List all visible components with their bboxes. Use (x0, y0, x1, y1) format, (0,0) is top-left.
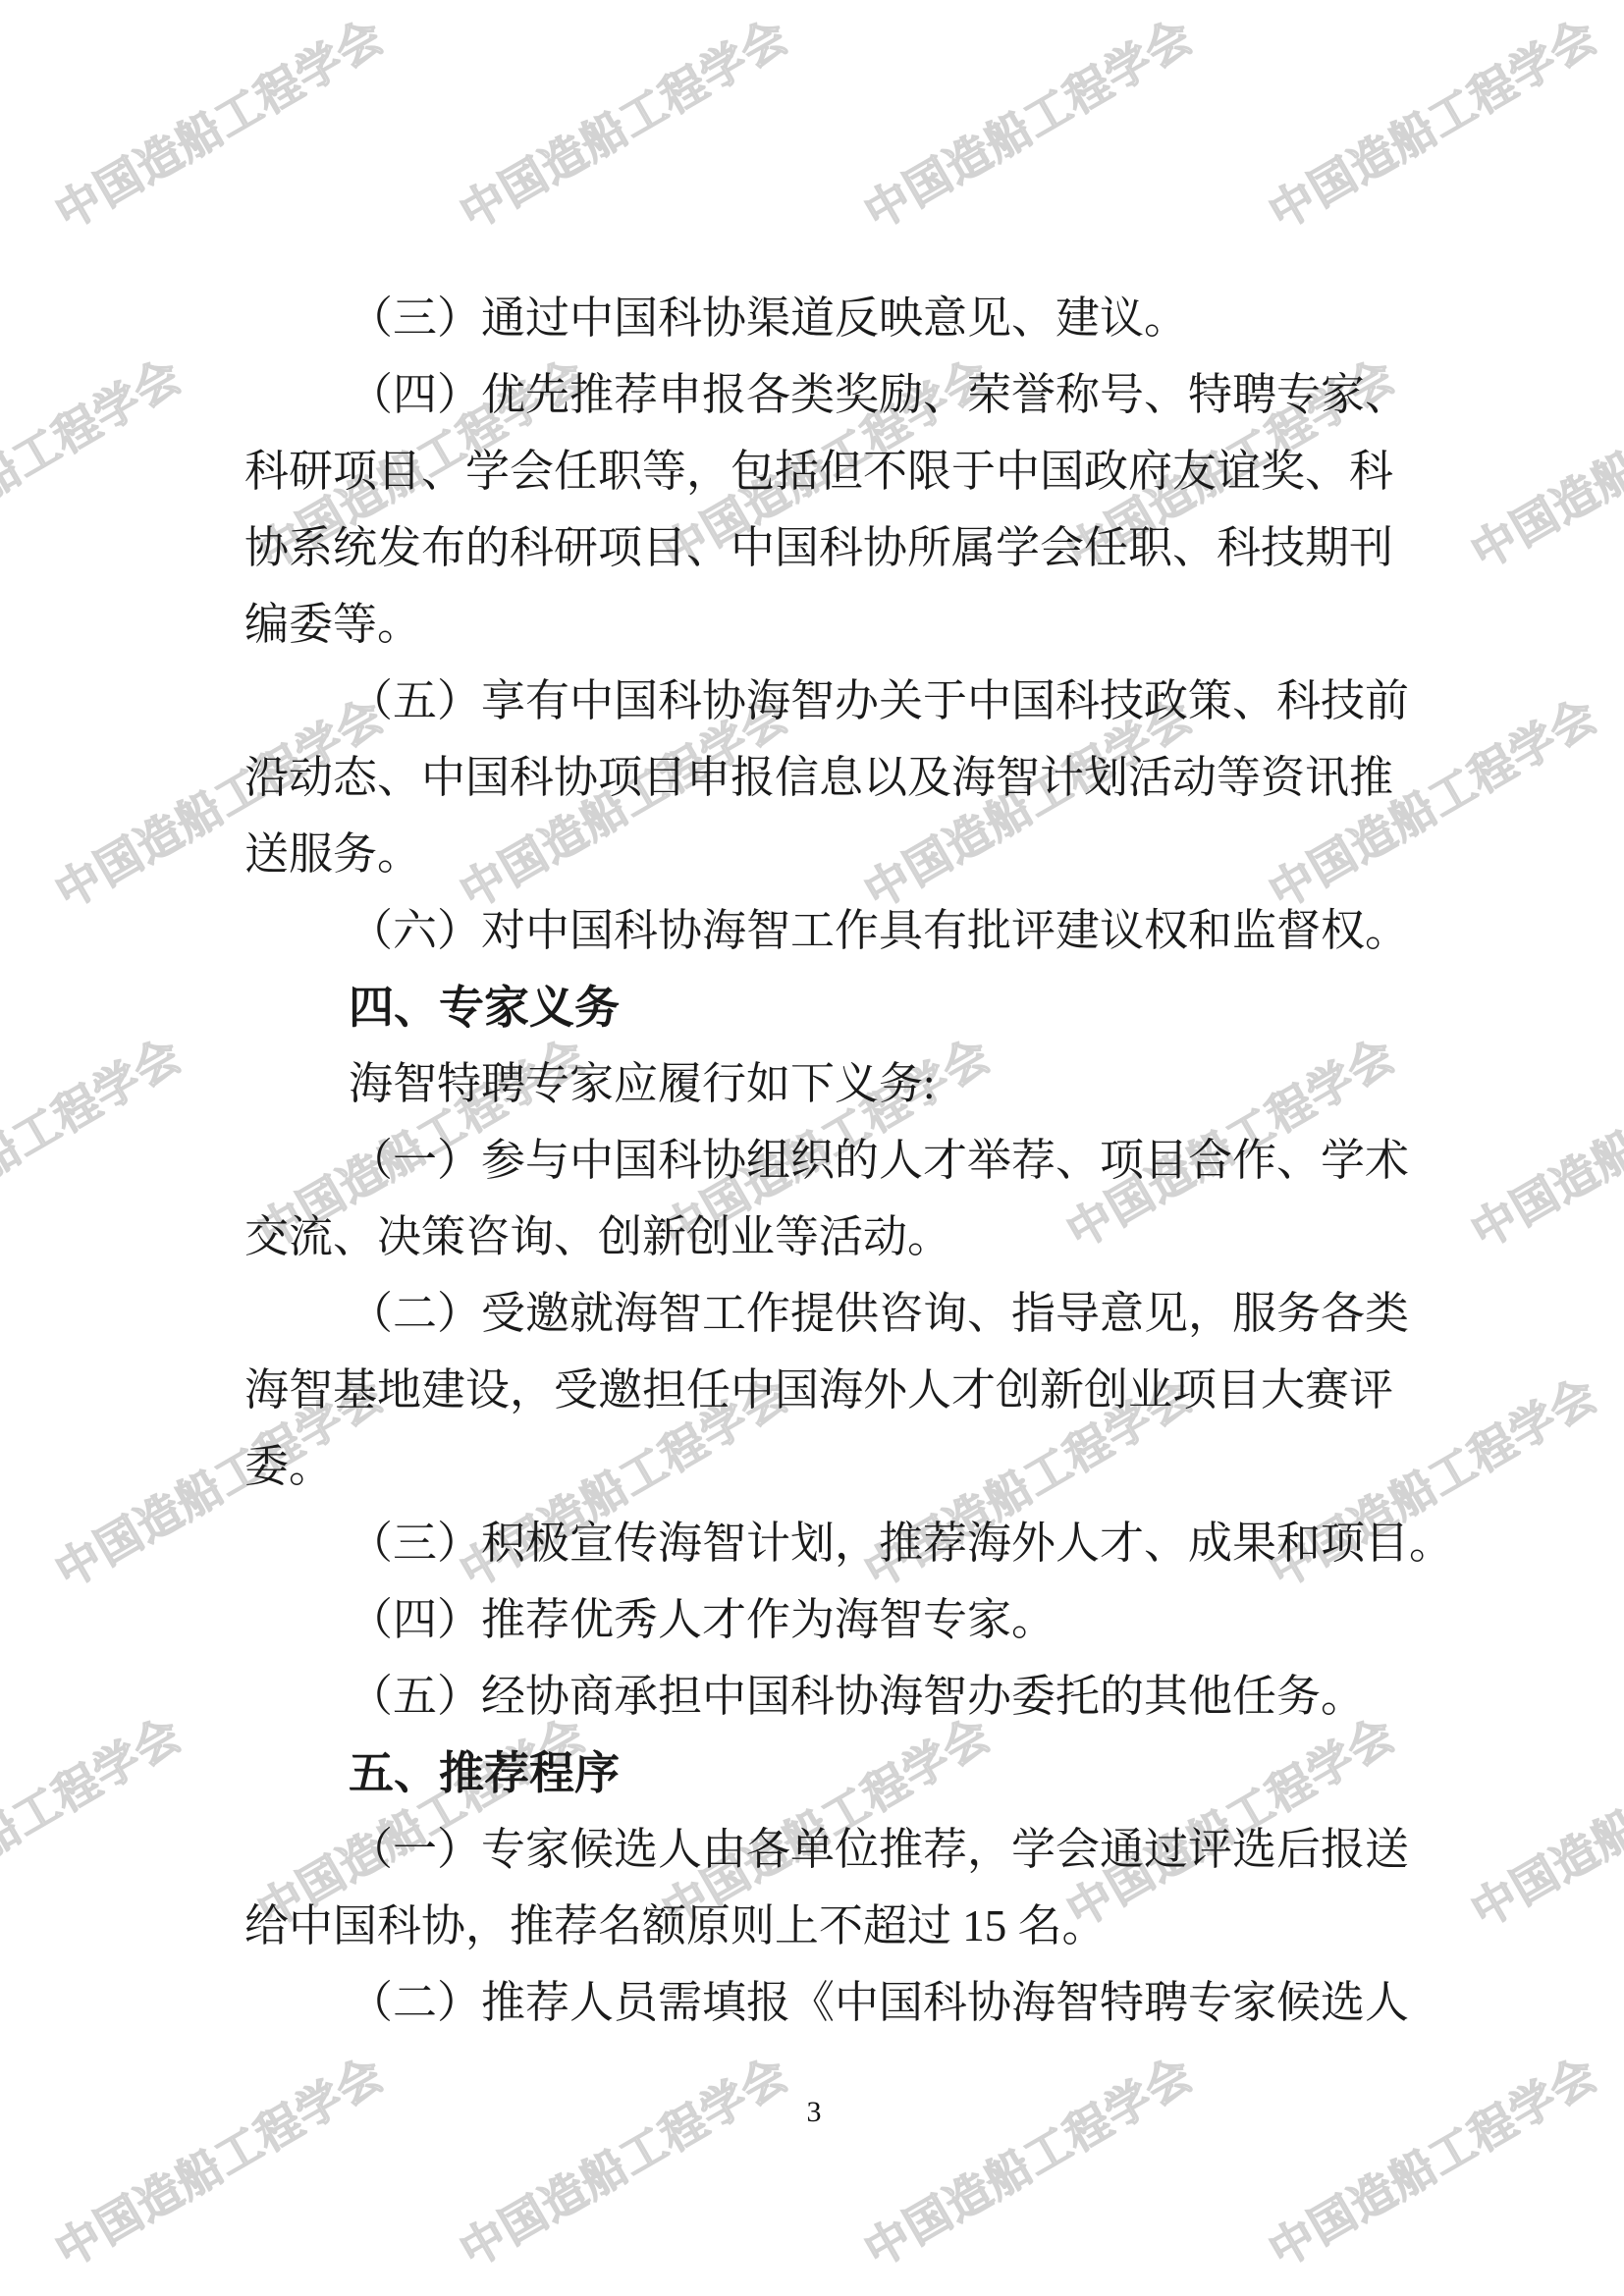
watermark-text: 中国造船工程学会 (851, 2039, 1204, 2279)
text-line: 交流、决策咨询、创新创业等活动。 (244, 1199, 1383, 1275)
text-line: （二）受邀就海智工作提供咨询、指导意见，服务各类 (244, 1275, 1383, 1352)
document-body: （三）通过中国科协渠道反映意见、建议。（四）优先推荐申报各类奖励、荣誉称号、特聘… (244, 280, 1383, 2041)
text-line: （五）享有中国科协海智办关于中国科技政策、科技前 (244, 663, 1383, 739)
watermark-text: 中国造船工程学会 (1458, 1020, 1624, 1260)
text-line: 海智特聘专家应履行如下义务: (244, 1045, 1383, 1122)
watermark-text: 中国造船工程学会 (851, 1, 1204, 241)
section-heading: 四、专家义务 (244, 969, 1383, 1045)
text-line: （四）优先推荐申报各类奖励、荣誉称号、特聘专家、 (244, 356, 1383, 433)
watermark-text: 中国造船工程学会 (447, 2039, 799, 2279)
text-line: 委。 (244, 1428, 1383, 1505)
text-line: （四）推荐优秀人才作为海智专家。 (244, 1581, 1383, 1658)
watermark-text: 中国造船工程学会 (1256, 2039, 1608, 2279)
text-line: 海智基地建设，受邀担任中国海外人才创新创业项目大赛评 (244, 1352, 1383, 1428)
watermark-text: 中国造船工程学会 (447, 1, 799, 241)
page-number: 3 (244, 2093, 1383, 2132)
watermark-text: 中国造船工程学会 (1458, 341, 1624, 581)
watermark-text: 中国造船工程学会 (0, 1699, 191, 1940)
text-line: （三）通过中国科协渠道反映意见、建议。 (244, 280, 1383, 356)
text-line: 科研项目、学会任职等，包括但不限于中国政府友谊奖、科 (244, 433, 1383, 509)
text-line: （三）积极宣传海智计划，推荐海外人才、成果和项目。 (244, 1505, 1383, 1581)
text-line: （六）对中国科协海智工作具有批评建议权和监督权。 (244, 892, 1383, 969)
text-line: （一）参与中国科协组织的人才举荐、项目合作、学术 (244, 1122, 1383, 1199)
watermark-text: 中国造船工程学会 (42, 1, 395, 241)
document-page: 中国造船工程学会中国造船工程学会中国造船工程学会中国造船工程学会中国造船工程学会… (0, 0, 1624, 2296)
text-line: （一）专家候选人由各单位推荐，学会通过评选后报送 (244, 1811, 1383, 1888)
watermark-text: 中国造船工程学会 (0, 1020, 191, 1260)
watermark-text: 中国造船工程学会 (0, 341, 191, 581)
text-line: 送服务。 (244, 816, 1383, 892)
text-line: 沿动态、中国科协项目申报信息以及海智计划活动等资讯推 (244, 739, 1383, 816)
text-line: （五）经协商承担中国科协海智办委托的其他任务。 (244, 1658, 1383, 1735)
watermark-text: 中国造船工程学会 (42, 2039, 395, 2279)
section-heading: 五、推荐程序 (244, 1735, 1383, 1811)
text-line: 编委等。 (244, 586, 1383, 663)
text-line: （二）推荐人员需填报《中国科协海智特聘专家候选人 (244, 1964, 1383, 2041)
watermark-text: 中国造船工程学会 (1458, 1699, 1624, 1940)
watermark-text: 中国造船工程学会 (1256, 1, 1608, 241)
text-line: 给中国科协，推荐名额原则上不超过 15 名。 (244, 1888, 1383, 1964)
text-line: 协系统发布的科研项目、中国科协所属学会任职、科技期刊 (244, 509, 1383, 586)
